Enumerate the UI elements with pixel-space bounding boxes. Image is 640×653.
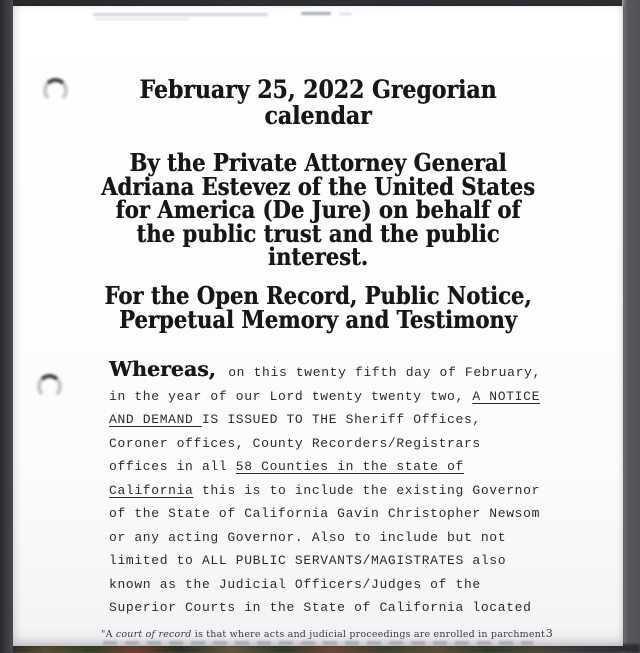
text-segment: of the State of California Gavin Christo… xyxy=(109,506,540,521)
text-segment: Coroner offices, County Recorders/Regist… xyxy=(109,436,481,451)
body-line: Coroner offices, County Recorders/Regist… xyxy=(109,432,579,456)
heading-record-notice: For the Open Record, Public Notice,Perpe… xyxy=(50,284,587,332)
text-segment: 58 Counties in the state of xyxy=(236,459,464,474)
heading-line: calendar xyxy=(50,103,587,129)
scan-smudge xyxy=(93,13,268,16)
body-line: of the State of California Gavin Christo… xyxy=(109,502,579,526)
footnote-italic-phrase: court of record xyxy=(116,629,192,640)
footnote: "A court of record is that where acts an… xyxy=(101,627,553,640)
document-page: February 25, 2022 Gregoriancalendar By t… xyxy=(13,6,623,646)
heading-line: for America (De Jure) on behalf of xyxy=(50,198,587,222)
text-segment: IS ISSUED TO THE Sheriff Offices, xyxy=(202,412,481,427)
text-segment: on this twenty fifth day of February, xyxy=(220,365,541,380)
footnote-text: "A court of record is that where acts an… xyxy=(101,629,545,640)
body-line: offices in all 58 Counties in the state … xyxy=(109,455,579,479)
body-line: known as the Judicial Officers/Judges of… xyxy=(109,573,579,597)
body-line: AND DEMAND IS ISSUED TO THE Sheriff Offi… xyxy=(109,408,579,432)
footnote-cutoff-line xyxy=(103,641,533,645)
body-line: limited to ALL PUBLIC SERVANTS/MAGISTRAT… xyxy=(109,549,579,573)
heading-line: February 25, 2022 Gregorian xyxy=(50,77,587,103)
scan-smudge xyxy=(301,12,331,15)
text-segment: California xyxy=(109,483,194,498)
text-segment: or any acting Governor. Also to include … xyxy=(109,530,506,545)
body-line: or any acting Governor. Also to include … xyxy=(109,526,579,550)
footnote-suffix: is that where acts and judicial proceedi… xyxy=(191,629,545,640)
photo-backdrop: February 25, 2022 Gregoriancalendar By t… xyxy=(0,0,640,653)
body-line: California this is to include the existi… xyxy=(109,479,579,503)
heading-line: By the Private Attorney General xyxy=(50,151,587,175)
backdrop-left-edge xyxy=(0,0,13,653)
body-line: in the year of our Lord twenty twenty tw… xyxy=(109,385,579,409)
text-segment: in the year of our Lord twenty twenty tw… xyxy=(109,389,472,404)
scan-smudge xyxy=(339,13,352,15)
heading-date-title: February 25, 2022 Gregoriancalendar xyxy=(50,77,587,129)
whereas-word: Whereas, xyxy=(109,357,216,381)
body-line: Superior Courts in the State of Californ… xyxy=(109,596,579,620)
body-text: Whereas, on this twenty fifth day of Feb… xyxy=(109,358,579,620)
footnote-prefix: "A xyxy=(101,629,116,640)
backdrop-right-edge xyxy=(622,0,640,653)
text-segment: known as the Judicial Officers/Judges of… xyxy=(109,577,481,592)
hole-punch-middle xyxy=(37,374,62,399)
text-segment: A NOTICE xyxy=(472,389,540,404)
scan-smudge xyxy=(95,18,190,20)
heading-author: By the Private Attorney GeneralAdriana E… xyxy=(50,151,587,269)
heading-line: Perpetual Memory and Testimony xyxy=(50,308,587,332)
text-segment: limited to ALL PUBLIC SERVANTS/MAGISTRAT… xyxy=(109,553,506,568)
text-segment: AND DEMAND xyxy=(109,412,202,427)
text-segment: Superior Courts in the State of Californ… xyxy=(109,600,532,615)
body-line: Whereas, on this twenty fifth day of Feb… xyxy=(109,358,579,385)
text-segment: offices in all xyxy=(109,459,236,474)
heading-line: interest. xyxy=(50,245,587,269)
page-number: 3 xyxy=(546,627,553,640)
text-segment: this is to include the existing Governor xyxy=(194,483,541,498)
